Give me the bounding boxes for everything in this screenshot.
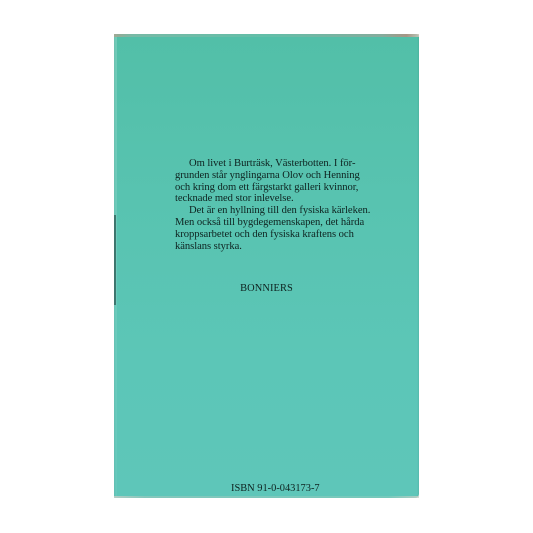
blurb-line: grunden står ynglingarna Olov och Hennin… bbox=[175, 170, 385, 182]
cover-top-edge-wear bbox=[114, 34, 419, 37]
photo-scene: Om livet i Burträsk, Västerbotten. I för… bbox=[0, 0, 533, 533]
blurb-line: känslans styrka. bbox=[175, 241, 385, 253]
blurb-line: och kring dom ett färgstarkt galleri kvi… bbox=[175, 182, 385, 194]
publisher-name: BONNIERS bbox=[114, 283, 419, 294]
book-back-cover: Om livet i Burträsk, Västerbotten. I för… bbox=[114, 34, 419, 498]
blurb-line: kroppsarbetet och den fysiska kraftens o… bbox=[175, 229, 385, 241]
blurb-line: Det är en hyllning till den fysiska kärl… bbox=[175, 205, 385, 217]
blurb-line: tecknade med stor inlevelse. bbox=[175, 193, 385, 205]
blurb-line: Men också till bygdegemenskapen, det hår… bbox=[175, 217, 385, 229]
isbn-number: ISBN 91-0-043173-7 bbox=[231, 483, 320, 494]
blurb-text: Om livet i Burträsk, Västerbotten. I för… bbox=[175, 158, 385, 252]
cover-bottom-edge bbox=[114, 496, 419, 498]
blurb-line: Om livet i Burträsk, Västerbotten. I för… bbox=[175, 158, 385, 170]
